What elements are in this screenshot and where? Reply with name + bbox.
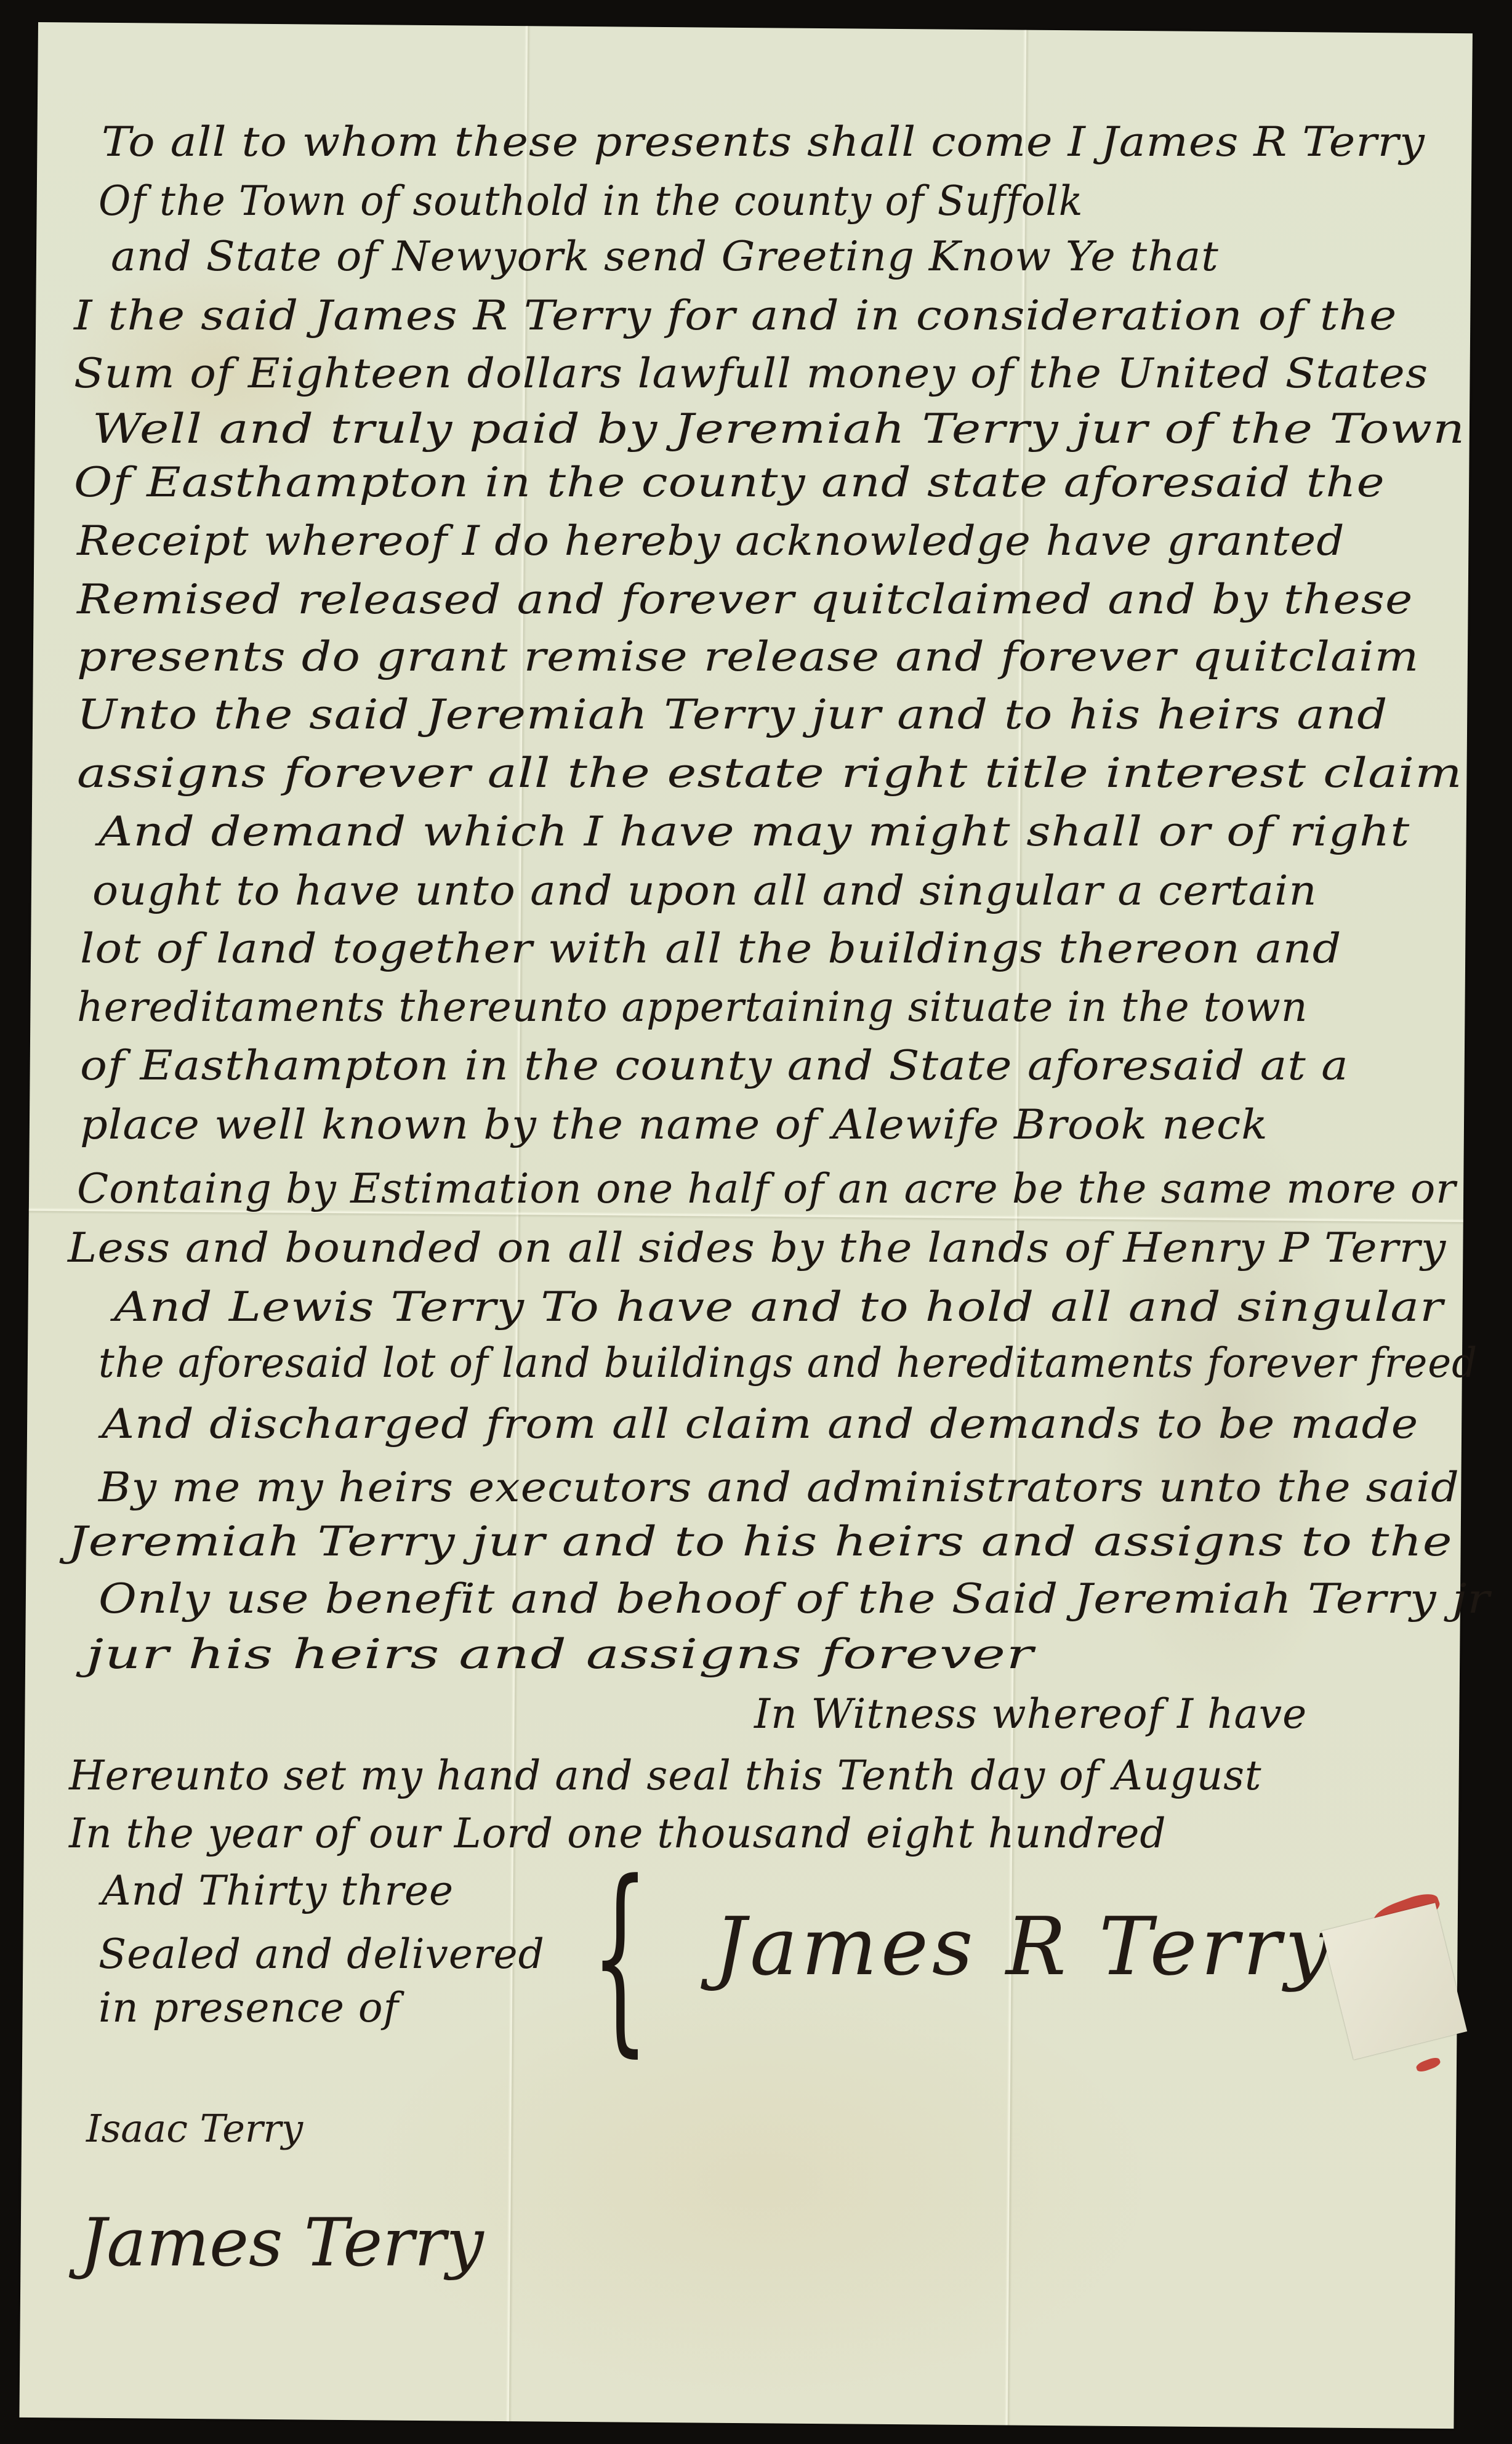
grantor-signature: James R Terry xyxy=(714,1900,1333,1993)
deed-text-line: and State of Newyork send Greeting Know … xyxy=(111,233,1219,280)
testimonium-clause: In Witness whereof I have xyxy=(754,1690,1307,1738)
deed-text-line: By me my heirs executors and administrat… xyxy=(99,1464,1460,1511)
deed-text-line: I the said James R Terry for and in cons… xyxy=(74,292,1397,339)
deed-text-line: Remised released and forever quitclaimed… xyxy=(77,576,1413,623)
deed-text-line: ought to have unto and upon all and sing… xyxy=(92,867,1317,914)
deed-text-line: And Lewis Terry To have and to hold all … xyxy=(114,1283,1444,1331)
deed-text-line: Well and truly paid by Jeremiah Terry ju… xyxy=(92,405,1465,453)
signature-brace: { xyxy=(591,1838,649,2075)
deed-text-line: lot of land together with all the buildi… xyxy=(80,925,1341,972)
deed-text-line: Unto the said Jeremiah Terry jur and to … xyxy=(77,691,1388,738)
deed-text-line: place well known by the name of Alewife … xyxy=(80,1101,1268,1148)
deed-text-line: Jeremiah Terry jur and to his heirs and … xyxy=(68,1518,1453,1565)
deed-text-line: of Easthampton in the county and State a… xyxy=(80,1042,1349,1089)
deed-text-line: the aforesaid lot of land buildings and … xyxy=(99,1339,1478,1387)
deed-text-line: And demand which I have may might shall … xyxy=(99,808,1410,855)
deed-text-line: To all to whom these presents shall come… xyxy=(102,118,1425,166)
deed-text-line: Of Easthampton in the county and state a… xyxy=(74,459,1385,506)
deed-text-line: Receipt whereof I do hereby acknowledge … xyxy=(77,517,1345,565)
deed-text-line: And discharged from all claim and demand… xyxy=(102,1400,1418,1448)
deed-text-line: presents do grant remise release and for… xyxy=(77,633,1419,680)
deed-text-line: Only use benefit and behoof of the Said … xyxy=(99,1575,1490,1623)
deed-text-line: Less and bounded on all sides by the lan… xyxy=(68,1224,1446,1272)
dating-line: And Thirty three xyxy=(102,1867,454,1914)
deed-text-line: Containg by Estimation one half of an ac… xyxy=(77,1165,1456,1212)
deed-text-line: Of the Town of southold in the county of… xyxy=(99,177,1083,225)
deed-text-line: hereditaments thereunto appertaining sit… xyxy=(77,983,1308,1031)
witness-signature: James Terry xyxy=(80,2204,484,2281)
deed-text-line: jur his heirs and assigns forever xyxy=(86,1631,1034,1678)
attestation-line: Sealed and delivered xyxy=(99,1930,545,1978)
witness-signature: Isaac Terry xyxy=(86,2106,303,2151)
dating-line: Hereunto set my hand and seal this Tenth… xyxy=(69,1752,1262,1799)
deed-text-line: assigns forever all the estate right tit… xyxy=(77,749,1463,797)
attestation-line: in presence of xyxy=(99,1984,399,2031)
deed-text-line: Sum of Eighteen dollars lawfull money of… xyxy=(74,350,1428,397)
